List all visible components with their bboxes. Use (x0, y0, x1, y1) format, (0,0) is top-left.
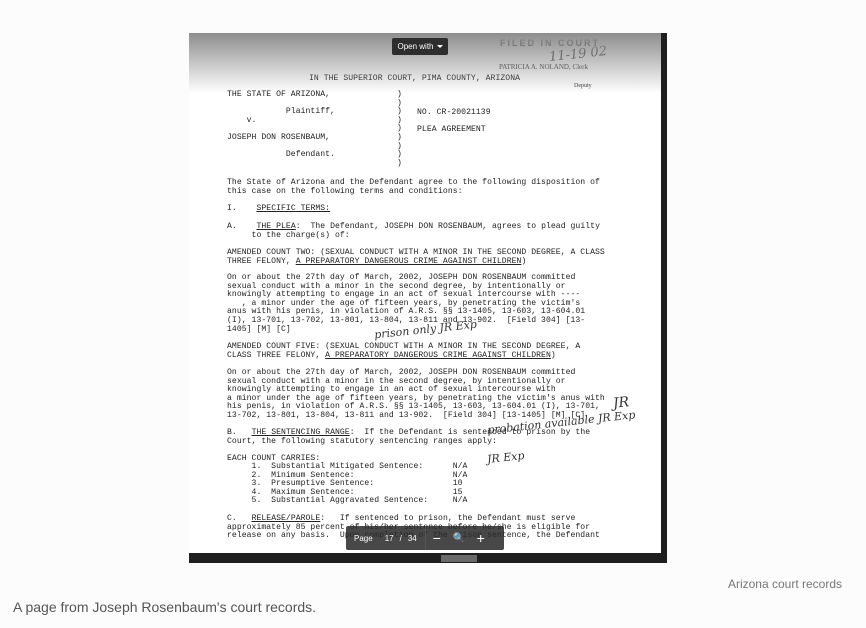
caption-bracket: ) ) ) ) ) ) ) ) ) (397, 91, 402, 168)
sentence-list: 1. Substantial Mitigated Sentence: N/A 2… (227, 463, 467, 506)
stamp-deputy: Deputy (574, 83, 592, 89)
open-with-label: Open with (397, 42, 433, 51)
case-number: NO. CR-20021139 (417, 109, 491, 118)
open-with-button[interactable]: Open with (392, 38, 448, 55)
document-viewer[interactable]: FILED IN COURT 11-19 02 PATRICIA A. NOLA… (189, 33, 667, 563)
stamp-clerk: PATRICIA A. NOLAND, Clerk (499, 63, 588, 71)
image-caption: A page from Joseph Rosenbaum's court rec… (13, 599, 316, 615)
section-b: B. THE SENTENCING RANGE: If the Defendan… (227, 429, 590, 446)
count-five-close: ) (551, 351, 556, 360)
document-page: FILED IN COURT 11-19 02 PATRICIA A. NOLA… (189, 33, 661, 553)
zoom-in-button[interactable]: + (470, 530, 492, 546)
handwritten-note-3: JR Exp (486, 449, 525, 466)
image-credit: Arizona court records (728, 577, 842, 591)
handwritten-initials: JR (612, 394, 630, 412)
count-two-underlined: A PREPARATORY DANGEROUS CRIME AGAINST CH… (296, 257, 522, 266)
count-five-body: On or about the 27th day of March, 2002,… (227, 369, 605, 421)
section-i-num: I. (227, 204, 237, 213)
intro-text: The State of Arizona and the Defendant a… (227, 179, 600, 196)
total-pages: 34 (408, 534, 417, 543)
section-i-title: SPECIFIC TERMS: (256, 204, 330, 213)
horizontal-scrollbar-thumb[interactable] (441, 555, 477, 562)
page-label: Page (354, 534, 373, 543)
section-i: I. SPECIFIC TERMS: (227, 205, 330, 214)
count-two-heading: AMENDED COUNT TWO: (SEXUAL CONDUCT WITH … (227, 249, 605, 266)
count-five-heading: AMENDED COUNT FIVE: (SEXUAL CONDUCT WITH… (227, 343, 580, 360)
count-five-underlined: A PREPARATORY DANGEROUS CRIME AGAINST CH… (325, 351, 551, 360)
current-page-input[interactable]: 17 (385, 534, 394, 543)
case-caption-left: THE STATE OF ARIZONA, Plaintiff, v. JOSE… (227, 91, 335, 160)
page-toolbar: Page 17 / 34 − 🔍 + (346, 526, 504, 550)
zoom-icon[interactable]: 🔍 (448, 533, 470, 544)
caret-down-icon (437, 45, 443, 48)
page-separator: / (400, 534, 402, 543)
count-two-close: ) (521, 257, 526, 266)
zoom-out-button[interactable]: − (426, 530, 448, 546)
section-a: A. THE PLEA: The Defendant, JOSEPH DON R… (227, 223, 600, 240)
case-title: PLEA AGREEMENT (417, 126, 486, 135)
court-line: IN THE SUPERIOR COURT, PIMA COUNTY, ARIZ… (309, 75, 520, 84)
